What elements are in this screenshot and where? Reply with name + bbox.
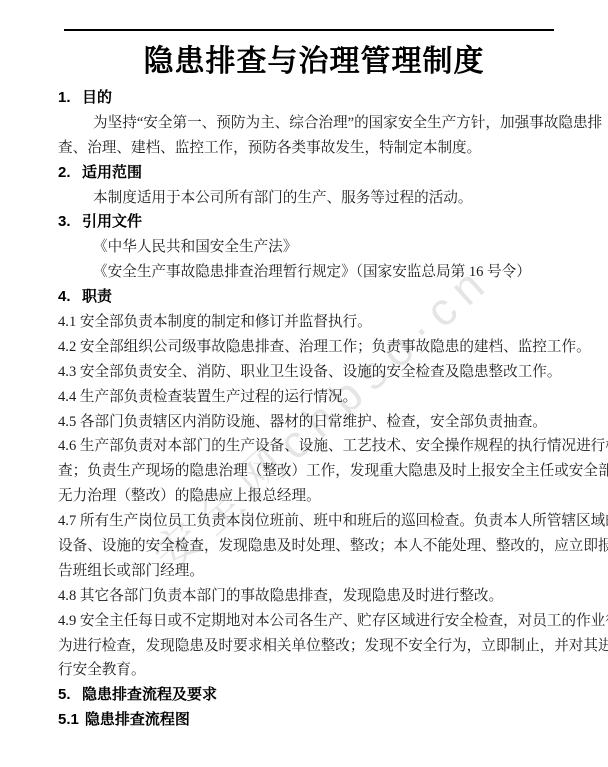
body-line: 为坚持“安全第一、预防为主、综合治理”的国家安全生产方针，加强事故隐患排 bbox=[58, 111, 584, 136]
section-number: 3. bbox=[58, 210, 82, 235]
section-number: 5. bbox=[58, 683, 82, 708]
body-line: 行安全教育。 bbox=[58, 658, 584, 683]
body-line: 《中华人民共和国安全生产法》 bbox=[58, 235, 584, 260]
body-line: 4.3 安全部负责安全、消防、职业卫生设备、设施的安全检查及隐患整改工作。 bbox=[58, 360, 584, 385]
section-number: 5.1 bbox=[58, 708, 79, 733]
body-line: 4.9 安全主任每日或不定期地对本公司各生产、贮存区域进行安全检查，对员工的作业… bbox=[58, 609, 584, 634]
page-title: 隐患排查与治理管理制度 bbox=[144, 36, 485, 80]
body-line: 4.5 各部门负责辖区内消防设施、器材的日常维护、检查，安全部负责抽查。 bbox=[58, 410, 584, 435]
section-heading: 3.引用文件 bbox=[58, 210, 584, 235]
document-body: 1.目的为坚持“安全第一、预防为主、综合治理”的国家安全生产方针，加强事故隐患排… bbox=[58, 86, 584, 733]
section-title-text: 引用文件 bbox=[82, 213, 142, 230]
body-line: 本制度适用于本公司所有部门的生产、服务等过程的活动。 bbox=[58, 186, 584, 211]
body-line: 查、治理、建档、监控工作，预防各类事故发生，特制定本制度。 bbox=[58, 136, 584, 161]
body-line: 查；负责生产现场的隐患治理（整改）工作，发现重大隐患及时上报安全主任或安全部， bbox=[58, 459, 584, 484]
subsection-heading: 5.1隐患排查流程图 bbox=[58, 708, 584, 733]
section-title-text: 职责 bbox=[82, 288, 112, 305]
body-line: 告班组长或部门经理。 bbox=[58, 559, 584, 584]
section-heading: 1.目的 bbox=[58, 86, 584, 111]
section-title-text: 目的 bbox=[82, 89, 112, 106]
section-title-text: 隐患排查流程及要求 bbox=[82, 686, 217, 703]
body-line: 4.1 安全部负责本制度的制定和修订并监督执行。 bbox=[58, 310, 584, 335]
body-line: 4.7 所有生产岗位员工负责本岗位班前、班中和班后的巡回检查。负责本人所管辖区域… bbox=[58, 509, 584, 534]
header-rule bbox=[64, 29, 554, 31]
body-line: 《安全生产事故隐患排查治理暂行规定》（国家安监总局第 16 号令） bbox=[58, 260, 584, 285]
section-title-text: 适用范围 bbox=[82, 164, 142, 181]
body-line: 为进行检查，发现隐患及时要求相关单位整改；发现不安全行为，立即制止，并对其进 bbox=[58, 634, 584, 659]
body-line: 4.2 安全部组织公司级事故隐患排查、治理工作；负责事故隐患的建档、监控工作。 bbox=[58, 335, 584, 360]
body-line: 4.8 其它各部门负责本部门的事故隐患排查，发现隐患及时进行整改。 bbox=[58, 584, 584, 609]
section-number: 2. bbox=[58, 161, 82, 186]
section-heading: 5.隐患排查流程及要求 bbox=[58, 683, 584, 708]
body-line: 4.4 生产部负责检查装置生产过程的运行情况。 bbox=[58, 385, 584, 410]
body-line: 4.6 生产部负责对本部门的生产设备、设施、工艺技术、安全操作规程的执行情况进行… bbox=[58, 434, 584, 459]
document-page: 隐患排查与治理管理制度 安全网chbso·cn 1.目的为坚持“安全第一、预防为… bbox=[0, 0, 608, 767]
section-heading: 4.职责 bbox=[58, 285, 584, 310]
section-title-text: 隐患排查流程图 bbox=[85, 711, 190, 728]
section-number: 1. bbox=[58, 86, 82, 111]
section-number: 4. bbox=[58, 285, 82, 310]
body-line: 设备、设施的安全检查，发现隐患及时处理、整改；本人不能处理、整改的，应立即报 bbox=[58, 534, 584, 559]
body-line: 无力治理（整改）的隐患应上报总经理。 bbox=[58, 484, 584, 509]
section-heading: 2.适用范围 bbox=[58, 161, 584, 186]
